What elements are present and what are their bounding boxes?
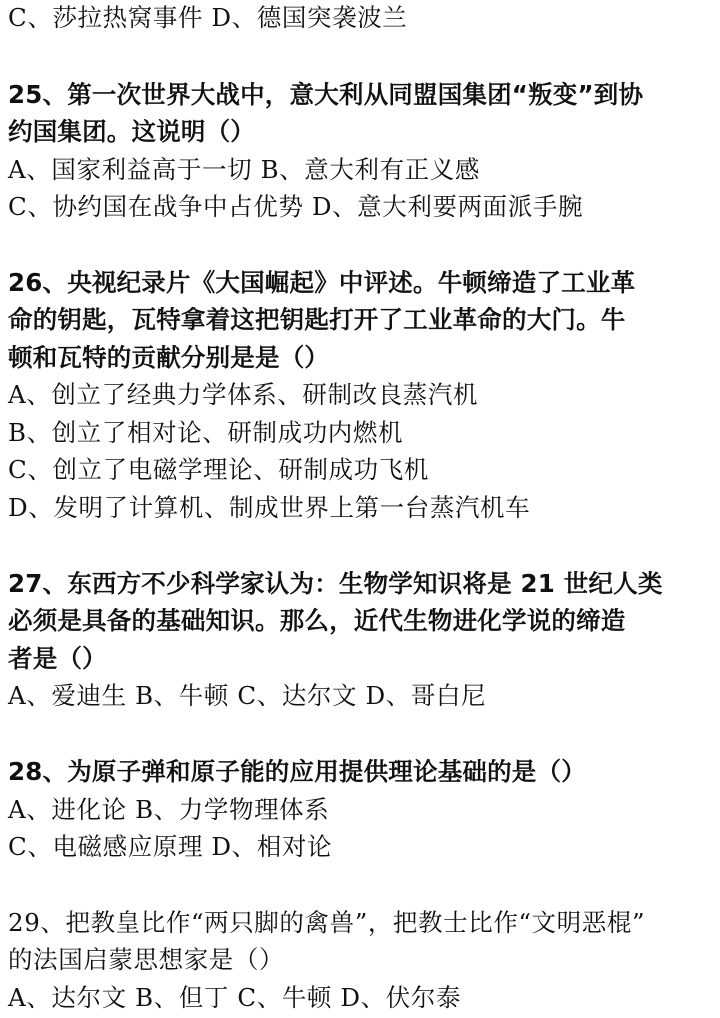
previous-question-options: C、莎拉热窝事件 D、德国突袭波兰 [8,3,407,33]
question-stem-line: 者是（） [8,644,107,674]
question-stem-line: 28、为原子弹和原子能的应用提供理论基础的是（） [8,757,586,787]
question-stem-line: 命的钥匙，瓦特拿着这把钥匙打开了工业革命的大门。牛 [8,305,626,335]
question-stem-line: 约国集团。这说明（） [8,117,255,147]
question-stem-line: 25、第一次世界大战中，意大利从同盟国集团“叛变”到协 [8,80,643,110]
option-line: C、创立了电磁学理论、研制成功飞机 [8,455,429,485]
option-line: C、协约国在战争中占优势 D、意大利要两面派手腕 [8,192,583,222]
option-line: A、进化论 B、力学物理体系 [8,795,329,825]
option-line: A、爱迪生 B、牛顿 C、达尔文 D、哥白尼 [8,681,486,711]
option-line: A、达尔文 B、但丁 C、牛顿 D、伏尔泰 [8,983,461,1013]
question-stem-line: 的法国启蒙思想家是（） [8,945,284,975]
question-stem-line: 必须是具备的基础知识。那么，近代生物进化学说的缔造 [8,606,626,636]
option-line: C、电磁感应原理 D、相对论 [8,832,332,862]
question-stem-line: 顿和瓦特的贡献分别是是（） [8,343,329,373]
question-stem-line: 29、把教皇比作“两只脚的禽兽”，把教士比作“文明恶棍” [8,908,645,938]
option-line: B、创立了相对论、研制成功内燃机 [8,418,403,448]
question-stem-line: 26、央视纪录片《大国崛起》中评述。牛顿缔造了工业革 [8,268,635,298]
option-line: A、国家利益高于一切 B、意大利有正义感 [8,155,480,185]
option-line: D、发明了计算机、制成世界上第一台蒸汽机车 [8,493,530,523]
question-stem-line: 27、东西方不少科学家认为：生物学知识将是 21 世纪人类 [8,569,663,599]
option-line: A、创立了经典力学体系、研制改良蒸汽机 [8,380,478,410]
